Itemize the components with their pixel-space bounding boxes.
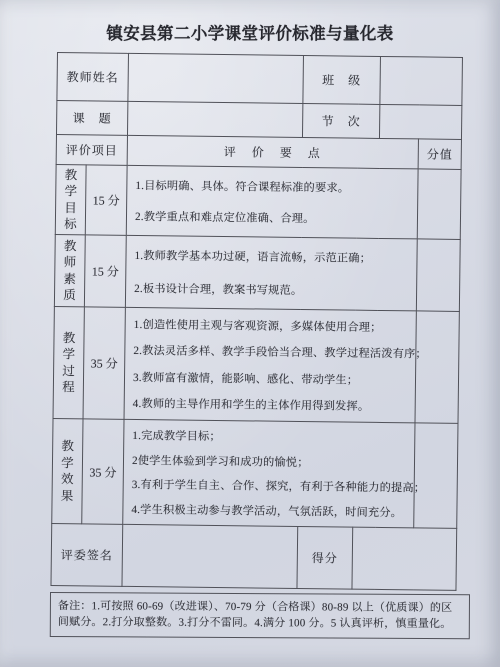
criteria-point: 3.教师富有激情，能影响、感化、带动学生； (133, 369, 413, 388)
topic-label: 课 题 (56, 101, 127, 136)
weight-teaching-goals: 15 分 (85, 165, 127, 235)
points-cell-teaching-process: 1.创造性使用主观与客观资源，多媒体使用合理； 2.教法灵活多样、教学手段恰当合… (124, 307, 416, 423)
points-cell-teaching-effect: 1.完成教学目标； 2使学生体验到学习和成功的愉悦； 3.有利于学生自主、合作、… (123, 419, 415, 528)
table-row-teaching-goals: 教学目标 15 分 1.目标明确、具体。符合课程标准的要求。 2.教学重点和难点… (55, 164, 461, 239)
teacher-name-value (128, 53, 304, 103)
page-title: 镇安县第二小学课堂评价标准与量化表 (0, 20, 500, 44)
judge-signature-value (122, 524, 298, 588)
criteria-point: 2使学生体验到学习和成功的愉悦； (132, 452, 412, 471)
category-teaching-effect: 教学效果 (52, 418, 83, 523)
criteria-point: 1.创造性使用主观与客观资源，多媒体使用合理； (134, 316, 414, 335)
points-cell-teaching-goals: 1.目标明确、具体。符合课程标准的要求。 2.教学重点和难点定位准确、合理。 (126, 165, 418, 239)
final-score-value (352, 527, 457, 590)
points-header: 评 价 要 点 (127, 135, 418, 169)
teacher-name-label: 教师姓名 (57, 53, 129, 102)
table-row-signature: 评委签名 得分 (51, 523, 457, 590)
category-label: 教学效果 (60, 438, 75, 504)
weight-teaching-process: 35 分 (83, 307, 125, 419)
criteria-point: 2.板书设计合理，教案书写规范。 (134, 280, 414, 299)
category-label: 教师素质 (62, 238, 77, 304)
weight-teaching-effect: 35 分 (82, 419, 124, 524)
table-row-teacher-class: 教师姓名 班 级 (57, 53, 463, 106)
project-header: 评价项目 (56, 134, 127, 165)
criteria-point: 4.教师的主导作用和学生的主体作用得到发挥。 (133, 395, 413, 414)
table-row-teacher-quality: 教师素质 15 分 1.教师教学基本功过硬，语言流畅，示范正确； 2.板书设计合… (54, 234, 460, 311)
class-value (380, 56, 463, 105)
weight-teacher-quality: 15 分 (84, 235, 126, 307)
table-row-topic-session: 课 题 节 次 (56, 101, 461, 140)
criteria-point: 3.有利于学生自主、合作、探究，有利于各种能力的提高； (132, 476, 412, 495)
criteria-point: 2.教学重点和难点定位准确、合理。 (135, 208, 415, 227)
evaluation-table: 教师姓名 班 级 课 题 节 次 评价项目 评 价 要 点 分值 教学目标 15… (50, 52, 463, 591)
evaluation-table-wrapper: 教师姓名 班 级 课 题 节 次 评价项目 评 价 要 点 分值 教学目标 15… (50, 52, 463, 591)
judge-signature-label: 评委签名 (51, 523, 123, 586)
session-value (379, 104, 461, 139)
table-header-row: 评价项目 评 价 要 点 分值 (56, 134, 461, 169)
topic-value (128, 101, 303, 137)
notes-box: 备注：1.可按照 60-69（改进课）、70-79 分（合格课）80-89 以上… (50, 592, 470, 639)
points-cell-teacher-quality: 1.教师教学基本功过硬，语言流畅，示范正确； 2.板书设计合理，教案书写规范。 (125, 235, 417, 311)
category-teaching-process: 教学过程 (53, 306, 84, 418)
score-header: 分值 (418, 139, 461, 170)
category-label: 教学过程 (61, 330, 76, 396)
score-value-teacher-quality (416, 239, 460, 312)
session-label: 节 次 (302, 104, 379, 139)
criteria-point: 4.学生积极主动参与教学活动，气氛活跃，时间充分。 (131, 501, 411, 520)
score-value-teaching-effect (414, 423, 458, 529)
category-teacher-quality: 教师素质 (54, 234, 85, 306)
table-row-teaching-process: 教学过程 35 分 1.创造性使用主观与客观资源，多媒体使用合理； 2.教法灵活… (53, 306, 459, 423)
class-label: 班 级 (303, 56, 381, 105)
score-value-teaching-process (415, 311, 459, 424)
criteria-point: 1.教师教学基本功过硬，语言流畅，示范正确； (134, 247, 414, 266)
criteria-point: 1.目标明确、具体。符合课程标准的要求。 (135, 177, 415, 196)
criteria-point: 2.教法灵活多样、教学手段恰当合理、教学过程活泼有序； (133, 342, 413, 361)
photographed-form: 镇安县第二小学课堂评价标准与量化表 教师姓名 班 级 课 题 节 次 评价项目 (0, 0, 500, 667)
category-teaching-goals: 教学目标 (55, 164, 86, 234)
criteria-point: 1.完成教学目标； (132, 427, 412, 446)
table-row-teaching-effect: 教学效果 35 分 1.完成教学目标； 2使学生体验到学习和成功的愉悦； 3.有… (52, 418, 458, 528)
final-score-label: 得分 (297, 526, 353, 589)
score-value-teaching-goals (417, 169, 461, 240)
category-label: 教学目标 (63, 167, 78, 233)
